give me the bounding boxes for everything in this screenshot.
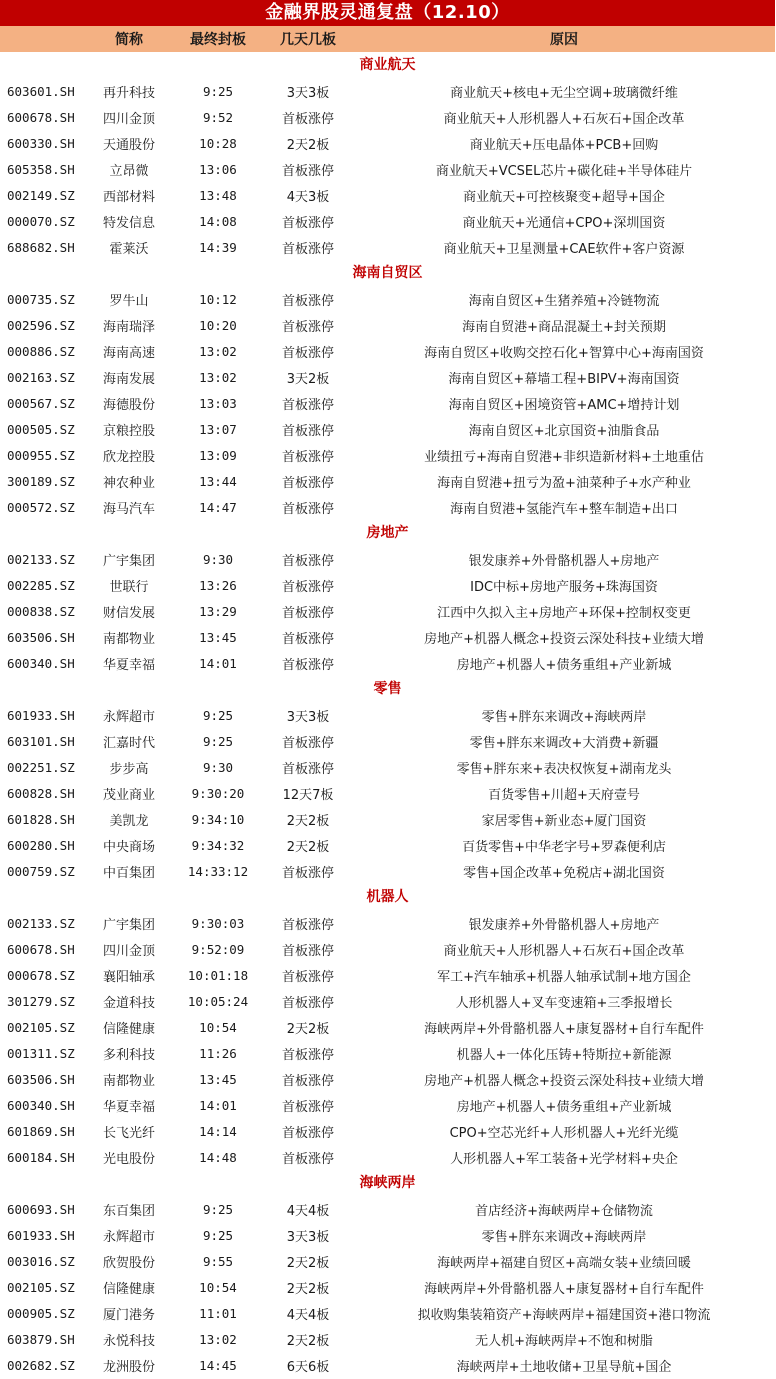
- cell-boards: 首板涨停: [263, 420, 353, 439]
- cell-boards: 首板涨停: [263, 628, 353, 647]
- cell-boards: 首板涨停: [263, 1122, 353, 1141]
- cell-reason: 海南自贸港+氢能汽车+整车制造+出口: [353, 498, 775, 517]
- cell-time: 10:12: [173, 292, 263, 307]
- cell-name: 中百集团: [85, 862, 173, 881]
- cell-code: 002251.SZ: [0, 760, 85, 775]
- table-row: 002682.SZ龙洲股份14:456天6板海峡两岸+土地收储+卫星导航+国企: [0, 1352, 775, 1378]
- cell-name: 世联行: [85, 576, 173, 595]
- cell-code: 000759.SZ: [0, 864, 85, 879]
- cell-reason: 房地产+机器人+债务重组+产业新城: [353, 1096, 775, 1115]
- cell-time: 10:54: [173, 1280, 263, 1295]
- cell-time: 9:34:32: [173, 838, 263, 853]
- cell-time: 13:45: [173, 1072, 263, 1087]
- table-row: 002133.SZ广宇集团9:30首板涨停银发康养+外骨骼机器人+房地产: [0, 546, 775, 572]
- cell-code: 603879.SH: [0, 1332, 85, 1347]
- cell-time: 13:45: [173, 630, 263, 645]
- cell-boards: 首板涨停: [263, 654, 353, 673]
- column-header-boards: 几天几板: [263, 29, 353, 49]
- cell-boards: 2天2板: [263, 1278, 353, 1297]
- cell-name: 东百集团: [85, 1200, 173, 1219]
- cell-boards: 首板涨停: [263, 992, 353, 1011]
- cell-code: 000567.SZ: [0, 396, 85, 411]
- table-row: 002251.SZ步步高9:30首板涨停零售+胖东来+表决权恢复+湖南龙头: [0, 754, 775, 780]
- cell-name: 永悦科技: [85, 1330, 173, 1349]
- cell-time: 13:02: [173, 370, 263, 385]
- cell-boards: 首板涨停: [263, 342, 353, 361]
- cell-time: 9:30:03: [173, 916, 263, 931]
- table-row: 000678.SZ襄阳轴承10:01:18首板涨停军工+汽车轴承+机器人轴承试制…: [0, 962, 775, 988]
- cell-name: 金道科技: [85, 992, 173, 1011]
- table-row: 601933.SH永辉超市9:253天3板零售+胖东来调改+海峡两岸: [0, 702, 775, 728]
- cell-code: 000070.SZ: [0, 214, 85, 229]
- cell-reason: 海南自贸区+幕墙工程+BIPV+海南国资: [353, 368, 775, 387]
- cell-name: 特发信息: [85, 212, 173, 231]
- cell-reason: 房地产+机器人概念+投资云深处科技+业绩大增: [353, 1070, 775, 1089]
- cell-boards: 首板涨停: [263, 108, 353, 127]
- cell-boards: 4天4板: [263, 1304, 353, 1323]
- cell-code: 000505.SZ: [0, 422, 85, 437]
- section-block: 海南自贸区000735.SZ罗牛山10:12首板涨停海南自贸区+生猪养殖+冷链物…: [0, 260, 775, 520]
- cell-code: 600693.SH: [0, 1202, 85, 1217]
- cell-name: 海德股份: [85, 394, 173, 413]
- cell-code: 600330.SH: [0, 136, 85, 151]
- cell-reason: 海峡两岸+外骨骼机器人+康复器材+自行车配件: [353, 1018, 775, 1037]
- cell-reason: 房地产+机器人概念+投资云深处科技+业绩大增: [353, 628, 775, 647]
- cell-name: 海南瑞泽: [85, 316, 173, 335]
- table-row: 300189.SZ神农种业13:44首板涨停海南自贸港+扭亏为盈+油菜种子+水产…: [0, 468, 775, 494]
- table-row: 603506.SH南都物业13:45首板涨停房地产+机器人概念+投资云深处科技+…: [0, 1066, 775, 1092]
- table-row: 000572.SZ海马汽车14:47首板涨停海南自贸港+氢能汽车+整车制造+出口: [0, 494, 775, 520]
- column-header-time: 最终封板: [173, 29, 263, 49]
- cell-code: 000955.SZ: [0, 448, 85, 463]
- cell-reason: 海南自贸区+北京国资+油脂食品: [353, 420, 775, 439]
- cell-code: 002133.SZ: [0, 916, 85, 931]
- table-row: 002105.SZ信隆健康10:542天2板海峡两岸+外骨骼机器人+康复器材+自…: [0, 1274, 775, 1300]
- cell-boards: 3天2板: [263, 368, 353, 387]
- section-title: 机器人: [0, 884, 775, 910]
- cell-name: 海南高速: [85, 342, 173, 361]
- section-title: 海南自贸区: [0, 260, 775, 286]
- page-title: 金融界股灵通复盘（12.10）: [0, 0, 775, 26]
- cell-name: 四川金顶: [85, 940, 173, 959]
- cell-time: 14:45: [173, 1358, 263, 1373]
- cell-time: 13:26: [173, 578, 263, 593]
- cell-time: 14:33:12: [173, 864, 263, 879]
- cell-boards: 首板涨停: [263, 914, 353, 933]
- table-row: 688682.SH霍莱沃14:39首板涨停商业航天+卫星测量+CAE软件+客户资…: [0, 234, 775, 260]
- table-row: 002149.SZ西部材料13:484天3板商业航天+可控核聚变+超导+国企: [0, 182, 775, 208]
- cell-reason: 业绩扭亏+海南自贸港+非织造新材料+土地重估: [353, 446, 775, 465]
- cell-time: 9:30: [173, 760, 263, 775]
- table-row: 603601.SH再升科技9:253天3板商业航天+核电+无尘空调+玻璃微纤维: [0, 78, 775, 104]
- table-row: 000838.SZ财信发展13:29首板涨停江西中久拟入主+房地产+环保+控制权…: [0, 598, 775, 624]
- cell-reason: 海南自贸港+扭亏为盈+油菜种子+水产种业: [353, 472, 775, 491]
- cell-boards: 首板涨停: [263, 1070, 353, 1089]
- cell-name: 信隆健康: [85, 1018, 173, 1037]
- cell-reason: 商业航天+人形机器人+石灰石+国企改革: [353, 108, 775, 127]
- cell-boards: 2天2板: [263, 1018, 353, 1037]
- cell-reason: 海南自贸港+商品混凝土+封关预期: [353, 316, 775, 335]
- table-row: 000567.SZ海德股份13:03首板涨停海南自贸区+困境资管+AMC+增持计…: [0, 390, 775, 416]
- cell-name: 广宇集团: [85, 914, 173, 933]
- cell-boards: 首板涨停: [263, 758, 353, 777]
- cell-reason: 无人机+海峡两岸+不饱和树脂: [353, 1330, 775, 1349]
- cell-time: 14:08: [173, 214, 263, 229]
- table-row: 600693.SH东百集团9:254天4板首店经济+海峡两岸+仓储物流: [0, 1196, 775, 1222]
- cell-code: 601828.SH: [0, 812, 85, 827]
- cell-time: 10:20: [173, 318, 263, 333]
- cell-reason: 拟收购集装箱资产+海峡两岸+福建国资+港口物流: [353, 1304, 775, 1323]
- cell-reason: 百货零售+川超+天府壹号: [353, 784, 775, 803]
- column-header-row: 简称 最终封板 几天几板 原因: [0, 26, 775, 52]
- table-row: 603879.SH永悦科技13:022天2板无人机+海峡两岸+不饱和树脂: [0, 1326, 775, 1352]
- table-row: 001311.SZ多利科技11:26首板涨停机器人+一体化压铸+特斯拉+新能源: [0, 1040, 775, 1066]
- table-row: 002163.SZ海南发展13:023天2板海南自贸区+幕墙工程+BIPV+海南…: [0, 364, 775, 390]
- section-block: 商业航天603601.SH再升科技9:253天3板商业航天+核电+无尘空调+玻璃…: [0, 52, 775, 260]
- cell-time: 13:44: [173, 474, 263, 489]
- cell-reason: 银发康养+外骨骼机器人+房地产: [353, 914, 775, 933]
- cell-reason: 海峡两岸+土地收储+卫星导航+国企: [353, 1356, 775, 1375]
- column-header-name: 简称: [85, 29, 173, 49]
- cell-boards: 4天3板: [263, 186, 353, 205]
- cell-time: 14:47: [173, 500, 263, 515]
- cell-time: 13:29: [173, 604, 263, 619]
- table-row: 002285.SZ世联行13:26首板涨停IDC中标+房地产服务+珠海国资: [0, 572, 775, 598]
- table-row: 000955.SZ欣龙控股13:09首板涨停业绩扭亏+海南自贸港+非织造新材料+…: [0, 442, 775, 468]
- cell-code: 601933.SH: [0, 708, 85, 723]
- cell-code: 601933.SH: [0, 1228, 85, 1243]
- cell-boards: 首板涨停: [263, 316, 353, 335]
- cell-time: 9:25: [173, 84, 263, 99]
- table-row: 600184.SH光电股份14:48首板涨停人形机器人+军工装备+光学材料+央企: [0, 1144, 775, 1170]
- cell-name: 步步高: [85, 758, 173, 777]
- cell-reason: 零售+胖东来调改+海峡两岸: [353, 706, 775, 725]
- cell-reason: 商业航天+压电晶体+PCB+回购: [353, 134, 775, 153]
- cell-name: 永辉超市: [85, 706, 173, 725]
- table-row: 600330.SH天通股份10:282天2板商业航天+压电晶体+PCB+回购: [0, 130, 775, 156]
- cell-code: 600678.SH: [0, 110, 85, 125]
- cell-boards: 4天4板: [263, 1200, 353, 1219]
- cell-name: 襄阳轴承: [85, 966, 173, 985]
- cell-time: 13:48: [173, 188, 263, 203]
- cell-reason: 零售+胖东来调改+大消费+新疆: [353, 732, 775, 751]
- table-row: 605358.SH立昂微13:06首板涨停商业航天+VCSEL芯片+碳化硅+半导…: [0, 156, 775, 182]
- cell-reason: 首店经济+海峡两岸+仓储物流: [353, 1200, 775, 1219]
- review-sheet: 金融界股灵通复盘（12.10） 简称 最终封板 几天几板 原因 商业航天6036…: [0, 0, 775, 1378]
- cell-time: 14:01: [173, 656, 263, 671]
- cell-boards: 2天2板: [263, 836, 353, 855]
- cell-code: 600340.SH: [0, 656, 85, 671]
- cell-code: 603101.SH: [0, 734, 85, 749]
- section-title: 零售: [0, 676, 775, 702]
- cell-boards: 2天2板: [263, 1330, 353, 1349]
- cell-time: 13:02: [173, 1332, 263, 1347]
- cell-name: 汇嘉时代: [85, 732, 173, 751]
- cell-reason: 商业航天+人形机器人+石灰石+国企改革: [353, 940, 775, 959]
- cell-reason: 零售+胖东来+表决权恢复+湖南龙头: [353, 758, 775, 777]
- cell-code: 002596.SZ: [0, 318, 85, 333]
- cell-name: 海马汽车: [85, 498, 173, 517]
- cell-boards: 首板涨停: [263, 550, 353, 569]
- cell-reason: 海南自贸区+生猪养殖+冷链物流: [353, 290, 775, 309]
- cell-boards: 6天6板: [263, 1356, 353, 1375]
- cell-name: 长飞光纤: [85, 1122, 173, 1141]
- cell-boards: 2天2板: [263, 810, 353, 829]
- cell-code: 002285.SZ: [0, 578, 85, 593]
- cell-boards: 3天3板: [263, 82, 353, 101]
- cell-boards: 首板涨停: [263, 446, 353, 465]
- table-row: 000505.SZ京粮控股13:07首板涨停海南自贸区+北京国资+油脂食品: [0, 416, 775, 442]
- cell-time: 11:26: [173, 1046, 263, 1061]
- cell-code: 600678.SH: [0, 942, 85, 957]
- cell-boards: 首板涨停: [263, 394, 353, 413]
- table-row: 600678.SH四川金顶9:52:09首板涨停商业航天+人形机器人+石灰石+国…: [0, 936, 775, 962]
- cell-code: 688682.SH: [0, 240, 85, 255]
- cell-code: 603601.SH: [0, 84, 85, 99]
- cell-name: 龙洲股份: [85, 1356, 173, 1375]
- cell-time: 9:52: [173, 110, 263, 125]
- cell-reason: 海峡两岸+外骨骼机器人+康复器材+自行车配件: [353, 1278, 775, 1297]
- cell-reason: 海南自贸区+收购交控石化+智算中心+海南国资: [353, 342, 775, 361]
- cell-name: 厦门港务: [85, 1304, 173, 1323]
- cell-reason: 商业航天+可控核聚变+超导+国企: [353, 186, 775, 205]
- cell-name: 美凯龙: [85, 810, 173, 829]
- cell-code: 600184.SH: [0, 1150, 85, 1165]
- cell-boards: 12天7板: [263, 784, 353, 803]
- cell-time: 9:25: [173, 708, 263, 723]
- cell-boards: 首板涨停: [263, 1148, 353, 1167]
- table-row: 000735.SZ罗牛山10:12首板涨停海南自贸区+生猪养殖+冷链物流: [0, 286, 775, 312]
- cell-code: 002105.SZ: [0, 1020, 85, 1035]
- cell-reason: 百货零售+中华老字号+罗森便利店: [353, 836, 775, 855]
- table-row: 003016.SZ欣贺股份9:552天2板海峡两岸+福建自贸区+高端女装+业绩回…: [0, 1248, 775, 1274]
- cell-name: 罗牛山: [85, 290, 173, 309]
- cell-boards: 首板涨停: [263, 1096, 353, 1115]
- cell-name: 欣贺股份: [85, 1252, 173, 1271]
- section-title: 房地产: [0, 520, 775, 546]
- table-row: 600340.SH华夏幸福14:01首板涨停房地产+机器人+债务重组+产业新城: [0, 1092, 775, 1118]
- cell-time: 9:25: [173, 1228, 263, 1243]
- cell-name: 京粮控股: [85, 420, 173, 439]
- cell-boards: 首板涨停: [263, 940, 353, 959]
- cell-reason: 房地产+机器人+债务重组+产业新城: [353, 654, 775, 673]
- cell-name: 神农种业: [85, 472, 173, 491]
- cell-boards: 2天2板: [263, 134, 353, 153]
- cell-code: 003016.SZ: [0, 1254, 85, 1269]
- cell-code: 000905.SZ: [0, 1306, 85, 1321]
- cell-boards: 首板涨停: [263, 498, 353, 517]
- sections-container: 商业航天603601.SH再升科技9:253天3板商业航天+核电+无尘空调+玻璃…: [0, 52, 775, 1378]
- table-row: 603506.SH南都物业13:45首板涨停房地产+机器人概念+投资云深处科技+…: [0, 624, 775, 650]
- cell-reason: 商业航天+VCSEL芯片+碳化硅+半导体硅片: [353, 160, 775, 179]
- cell-time: 9:30:20: [173, 786, 263, 801]
- cell-boards: 首板涨停: [263, 966, 353, 985]
- cell-code: 605358.SH: [0, 162, 85, 177]
- table-row: 002105.SZ信隆健康10:542天2板海峡两岸+外骨骼机器人+康复器材+自…: [0, 1014, 775, 1040]
- cell-code: 002163.SZ: [0, 370, 85, 385]
- table-row: 002596.SZ海南瑞泽10:20首板涨停海南自贸港+商品混凝土+封关预期: [0, 312, 775, 338]
- table-row: 600678.SH四川金顶9:52首板涨停商业航天+人形机器人+石灰石+国企改革: [0, 104, 775, 130]
- cell-code: 002682.SZ: [0, 1358, 85, 1373]
- cell-boards: 首板涨停: [263, 732, 353, 751]
- cell-name: 天通股份: [85, 134, 173, 153]
- cell-name: 茂业商业: [85, 784, 173, 803]
- cell-name: 海南发展: [85, 368, 173, 387]
- cell-time: 10:54: [173, 1020, 263, 1035]
- cell-time: 9:52:09: [173, 942, 263, 957]
- cell-boards: 首板涨停: [263, 160, 353, 179]
- cell-code: 600280.SH: [0, 838, 85, 853]
- table-row: 002133.SZ广宇集团9:30:03首板涨停银发康养+外骨骼机器人+房地产: [0, 910, 775, 936]
- cell-reason: 人形机器人+叉车变速箱+三季报增长: [353, 992, 775, 1011]
- cell-time: 9:25: [173, 734, 263, 749]
- cell-code: 300189.SZ: [0, 474, 85, 489]
- cell-boards: 3天3板: [263, 1226, 353, 1245]
- cell-time: 10:05:24: [173, 994, 263, 1009]
- cell-name: 立昂微: [85, 160, 173, 179]
- cell-code: 301279.SZ: [0, 994, 85, 1009]
- cell-time: 13:02: [173, 344, 263, 359]
- table-row: 601869.SH长飞光纤14:14首板涨停CPO+空芯光纤+人形机器人+光纤光…: [0, 1118, 775, 1144]
- cell-boards: 首板涨停: [263, 1044, 353, 1063]
- cell-code: 600340.SH: [0, 1098, 85, 1113]
- cell-code: 000838.SZ: [0, 604, 85, 619]
- cell-reason: 商业航天+核电+无尘空调+玻璃微纤维: [353, 82, 775, 101]
- section-title: 海峡两岸: [0, 1170, 775, 1196]
- cell-code: 000886.SZ: [0, 344, 85, 359]
- cell-name: 多利科技: [85, 1044, 173, 1063]
- cell-time: 14:01: [173, 1098, 263, 1113]
- cell-code: 001311.SZ: [0, 1046, 85, 1061]
- cell-boards: 首板涨停: [263, 576, 353, 595]
- cell-name: 中央商场: [85, 836, 173, 855]
- cell-reason: 海南自贸区+困境资管+AMC+增持计划: [353, 394, 775, 413]
- cell-code: 002105.SZ: [0, 1280, 85, 1295]
- cell-time: 13:06: [173, 162, 263, 177]
- cell-name: 信隆健康: [85, 1278, 173, 1297]
- cell-reason: 银发康养+外骨骼机器人+房地产: [353, 550, 775, 569]
- cell-code: 000678.SZ: [0, 968, 85, 983]
- table-row: 000070.SZ特发信息14:08首板涨停商业航天+光通信+CPO+深圳国资: [0, 208, 775, 234]
- cell-name: 南都物业: [85, 628, 173, 647]
- cell-reason: 商业航天+卫星测量+CAE软件+客户资源: [353, 238, 775, 257]
- section-title: 商业航天: [0, 52, 775, 78]
- cell-time: 13:09: [173, 448, 263, 463]
- cell-reason: 家居零售+新业态+厦门国资: [353, 810, 775, 829]
- cell-boards: 2天2板: [263, 1252, 353, 1271]
- cell-name: 华夏幸福: [85, 1096, 173, 1115]
- column-header-reason: 原因: [353, 29, 775, 49]
- cell-name: 财信发展: [85, 602, 173, 621]
- section-block: 房地产002133.SZ广宇集团9:30首板涨停银发康养+外骨骼机器人+房地产0…: [0, 520, 775, 676]
- cell-time: 9:25: [173, 1202, 263, 1217]
- cell-reason: 商业航天+光通信+CPO+深圳国资: [353, 212, 775, 231]
- cell-boards: 首板涨停: [263, 472, 353, 491]
- cell-name: 永辉超市: [85, 1226, 173, 1245]
- cell-time: 10:01:18: [173, 968, 263, 983]
- cell-code: 600828.SH: [0, 786, 85, 801]
- cell-reason: 零售+胖东来调改+海峡两岸: [353, 1226, 775, 1245]
- cell-boards: 首板涨停: [263, 862, 353, 881]
- cell-reason: 海峡两岸+福建自贸区+高端女装+业绩回暖: [353, 1252, 775, 1271]
- cell-reason: 人形机器人+军工装备+光学材料+央企: [353, 1148, 775, 1167]
- section-block: 机器人002133.SZ广宇集团9:30:03首板涨停银发康养+外骨骼机器人+房…: [0, 884, 775, 1170]
- cell-time: 11:01: [173, 1306, 263, 1321]
- cell-name: 西部材料: [85, 186, 173, 205]
- cell-code: 002133.SZ: [0, 552, 85, 567]
- table-row: 000905.SZ厦门港务11:014天4板拟收购集装箱资产+海峡两岸+福建国资…: [0, 1300, 775, 1326]
- cell-time: 9:34:10: [173, 812, 263, 827]
- cell-boards: 首板涨停: [263, 238, 353, 257]
- cell-boards: 3天3板: [263, 706, 353, 725]
- table-row: 601933.SH永辉超市9:253天3板零售+胖东来调改+海峡两岸: [0, 1222, 775, 1248]
- cell-code: 000572.SZ: [0, 500, 85, 515]
- cell-reason: IDC中标+房地产服务+珠海国资: [353, 576, 775, 595]
- table-row: 301279.SZ金道科技10:05:24首板涨停人形机器人+叉车变速箱+三季报…: [0, 988, 775, 1014]
- table-row: 000886.SZ海南高速13:02首板涨停海南自贸区+收购交控石化+智算中心+…: [0, 338, 775, 364]
- cell-code: 601869.SH: [0, 1124, 85, 1139]
- section-block: 零售601933.SH永辉超市9:253天3板零售+胖东来调改+海峡两岸6031…: [0, 676, 775, 884]
- cell-name: 华夏幸福: [85, 654, 173, 673]
- table-row: 600280.SH中央商场9:34:322天2板百货零售+中华老字号+罗森便利店: [0, 832, 775, 858]
- cell-name: 欣龙控股: [85, 446, 173, 465]
- cell-reason: 机器人+一体化压铸+特斯拉+新能源: [353, 1044, 775, 1063]
- cell-boards: 首板涨停: [263, 602, 353, 621]
- section-block: 海峡两岸600693.SH东百集团9:254天4板首店经济+海峡两岸+仓储物流6…: [0, 1170, 775, 1378]
- cell-reason: 江西中久拟入主+房地产+环保+控制权变更: [353, 602, 775, 621]
- table-row: 600828.SH茂业商业9:30:2012天7板百货零售+川超+天府壹号: [0, 780, 775, 806]
- cell-code: 000735.SZ: [0, 292, 85, 307]
- cell-time: 10:28: [173, 136, 263, 151]
- cell-code: 603506.SH: [0, 630, 85, 645]
- cell-name: 四川金顶: [85, 108, 173, 127]
- cell-name: 南都物业: [85, 1070, 173, 1089]
- cell-name: 霍莱沃: [85, 238, 173, 257]
- cell-reason: 军工+汽车轴承+机器人轴承试制+地方国企: [353, 966, 775, 985]
- cell-name: 广宇集团: [85, 550, 173, 569]
- table-row: 600340.SH华夏幸福14:01首板涨停房地产+机器人+债务重组+产业新城: [0, 650, 775, 676]
- cell-time: 14:14: [173, 1124, 263, 1139]
- cell-reason: 零售+国企改革+免税店+湖北国资: [353, 862, 775, 881]
- cell-time: 13:07: [173, 422, 263, 437]
- cell-time: 9:55: [173, 1254, 263, 1269]
- cell-boards: 首板涨停: [263, 290, 353, 309]
- cell-code: 603506.SH: [0, 1072, 85, 1087]
- cell-reason: CPO+空芯光纤+人形机器人+光纤光缆: [353, 1122, 775, 1141]
- cell-code: 002149.SZ: [0, 188, 85, 203]
- cell-time: 14:39: [173, 240, 263, 255]
- cell-name: 再升科技: [85, 82, 173, 101]
- cell-name: 光电股份: [85, 1148, 173, 1167]
- cell-time: 14:48: [173, 1150, 263, 1165]
- table-row: 000759.SZ中百集团14:33:12首板涨停零售+国企改革+免税店+湖北国…: [0, 858, 775, 884]
- cell-boards: 首板涨停: [263, 212, 353, 231]
- cell-time: 9:30: [173, 552, 263, 567]
- cell-time: 13:03: [173, 396, 263, 411]
- table-row: 601828.SH美凯龙9:34:102天2板家居零售+新业态+厦门国资: [0, 806, 775, 832]
- table-row: 603101.SH汇嘉时代9:25首板涨停零售+胖东来调改+大消费+新疆: [0, 728, 775, 754]
